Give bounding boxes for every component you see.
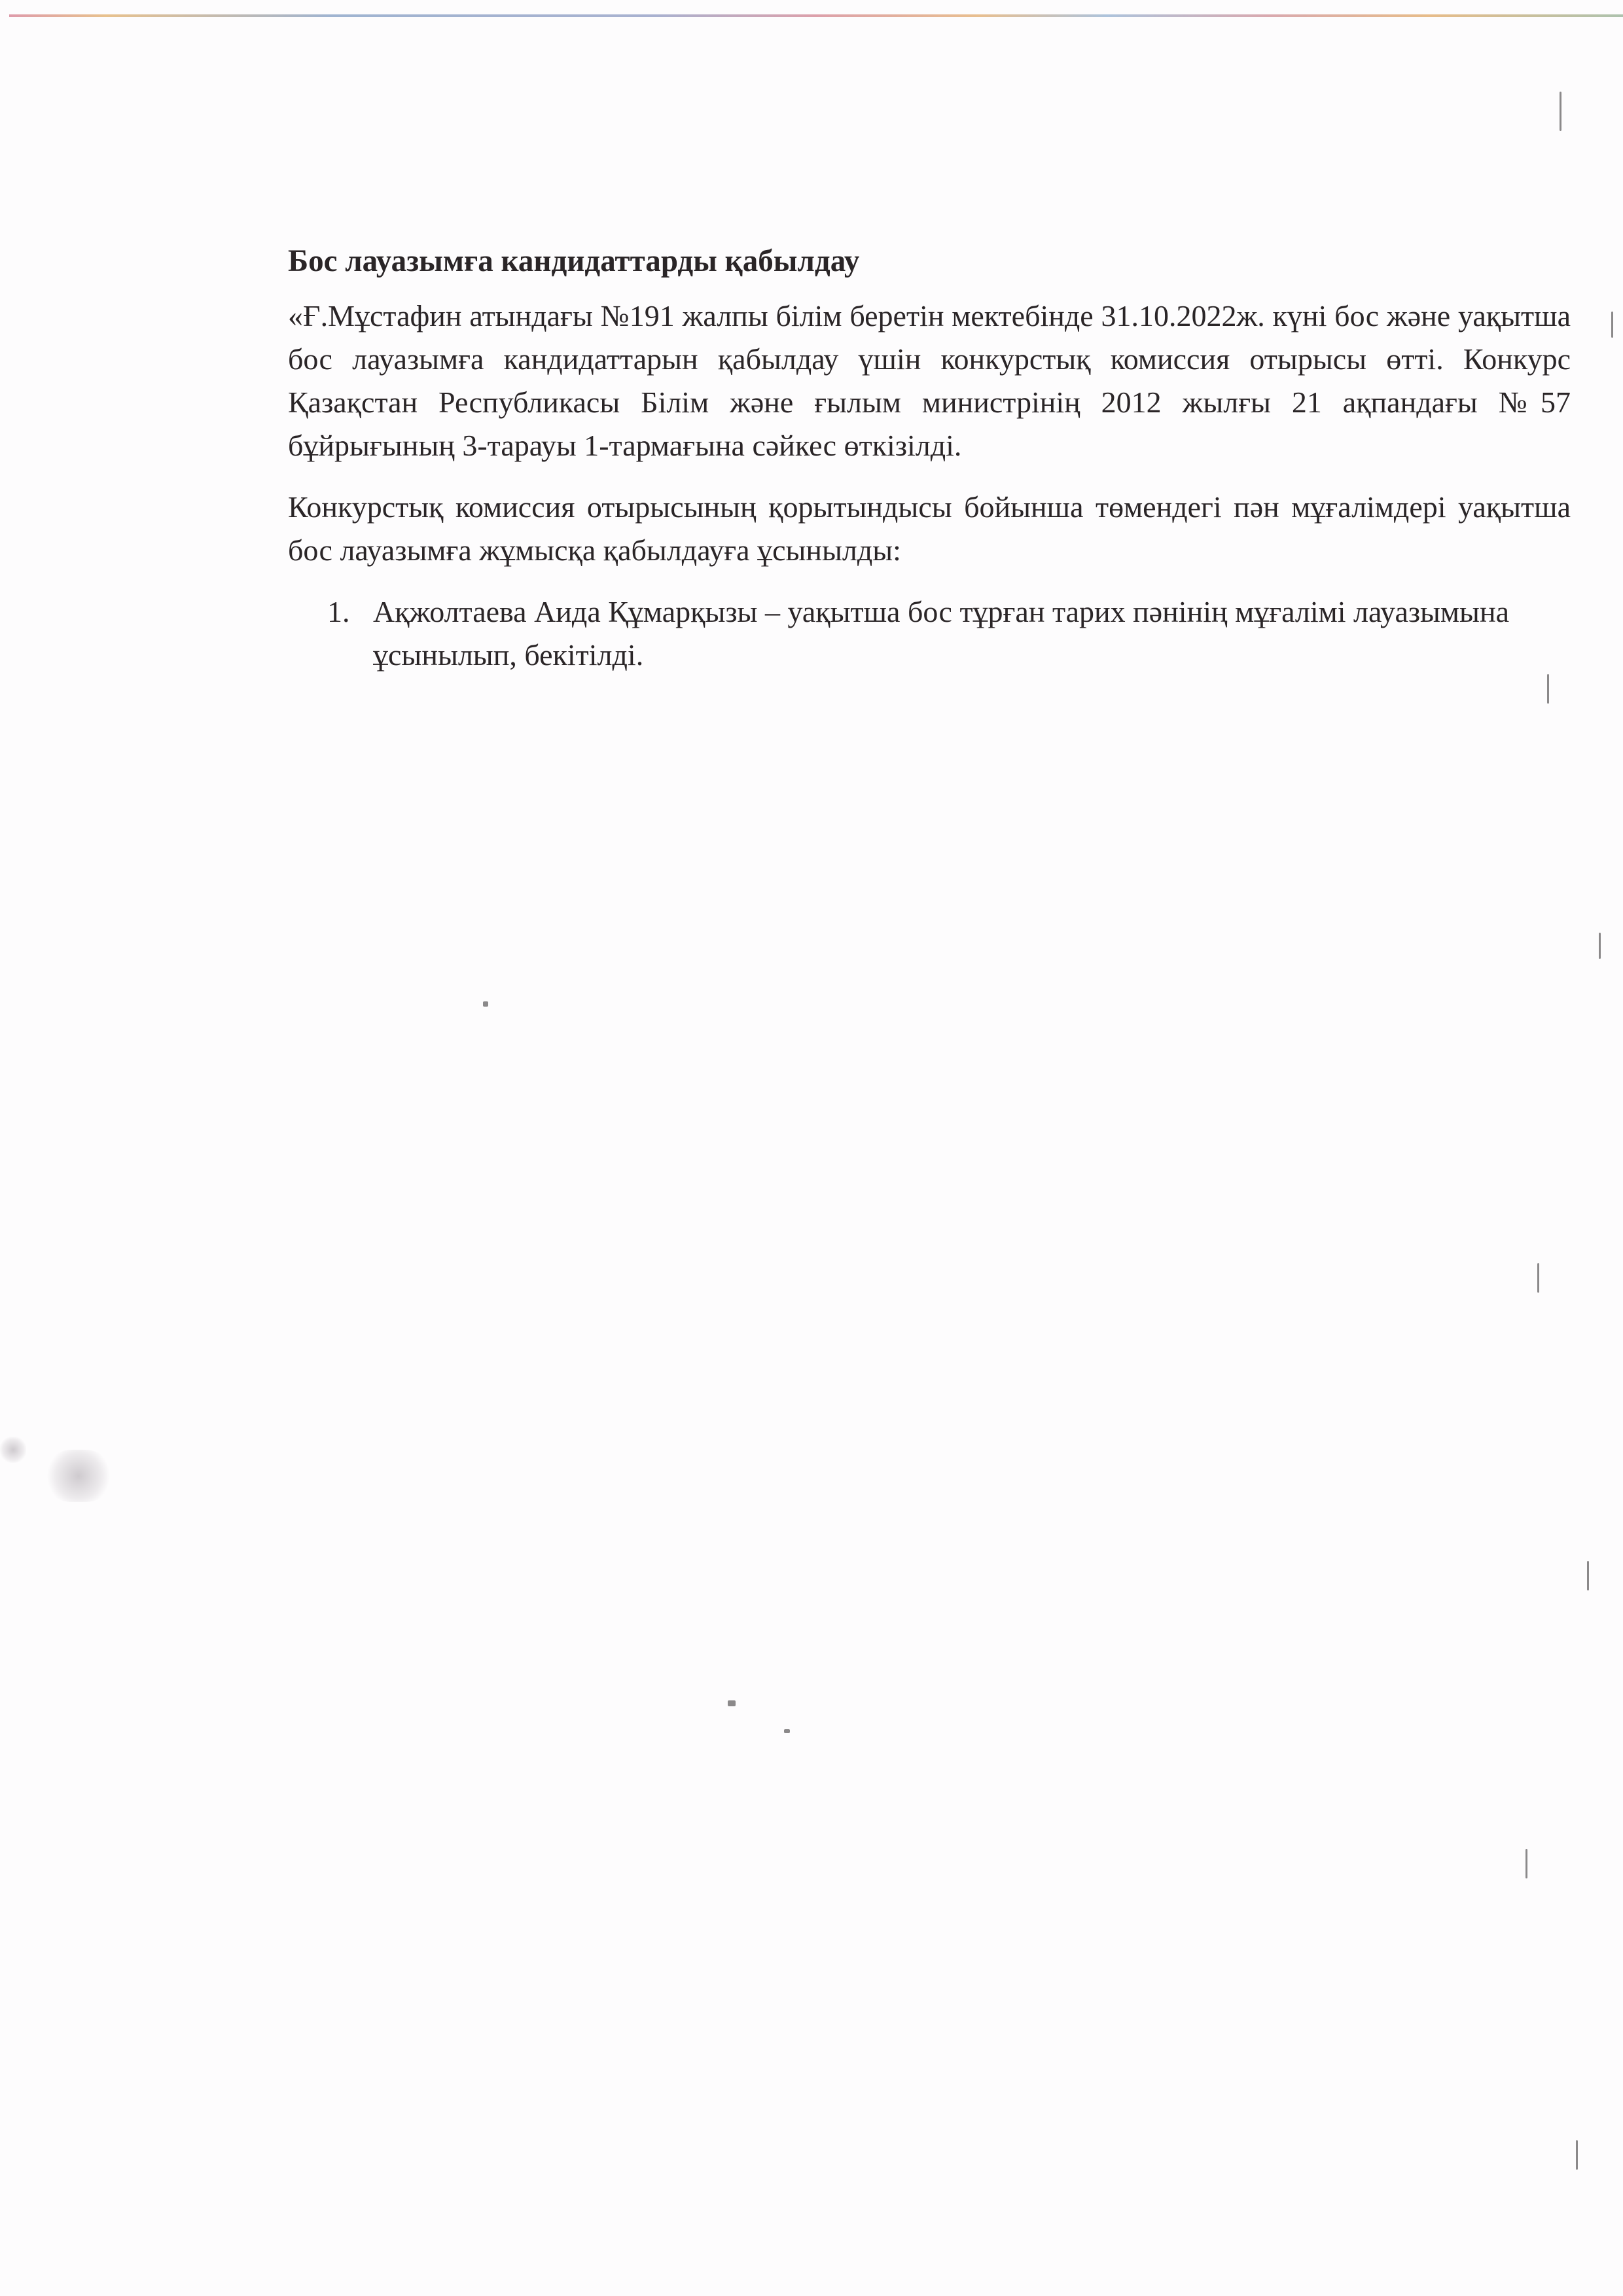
list-item-number: 1.	[327, 590, 350, 634]
dust-speck	[483, 1001, 488, 1007]
scan-smudge	[46, 1450, 111, 1502]
scan-smudge	[0, 1437, 26, 1463]
scan-edge-artifact	[9, 14, 1623, 17]
dust-speck	[784, 1729, 790, 1733]
margin-mark	[1547, 674, 1549, 704]
intro-paragraph: «Ғ.Мұстафин атындағы №191 жалпы білім бе…	[288, 295, 1571, 467]
document-page: Бос лауазымға кандидаттарды қабылдау «Ғ.…	[288, 241, 1571, 677]
document-title: Бос лауазымға кандидаттарды қабылдау	[288, 241, 1545, 281]
margin-mark	[1537, 1263, 1539, 1293]
margin-mark	[1599, 933, 1601, 959]
candidate-list: 1. Ақжолтаева Аида Құмарқызы – уақытша б…	[288, 590, 1571, 677]
results-paragraph: Конкурстық комиссия отырысының қорытынды…	[288, 486, 1571, 572]
margin-mark	[1525, 1849, 1527, 1878]
margin-mark	[1560, 92, 1561, 131]
margin-mark	[1587, 1561, 1589, 1590]
margin-mark	[1576, 2140, 1578, 2170]
list-item: 1. Ақжолтаева Аида Құмарқызы – уақытша б…	[288, 590, 1571, 677]
margin-mark	[1611, 312, 1613, 338]
dust-speck	[728, 1700, 736, 1706]
list-item-text: Ақжолтаева Аида Құмарқызы – уақытша бос …	[373, 595, 1509, 672]
